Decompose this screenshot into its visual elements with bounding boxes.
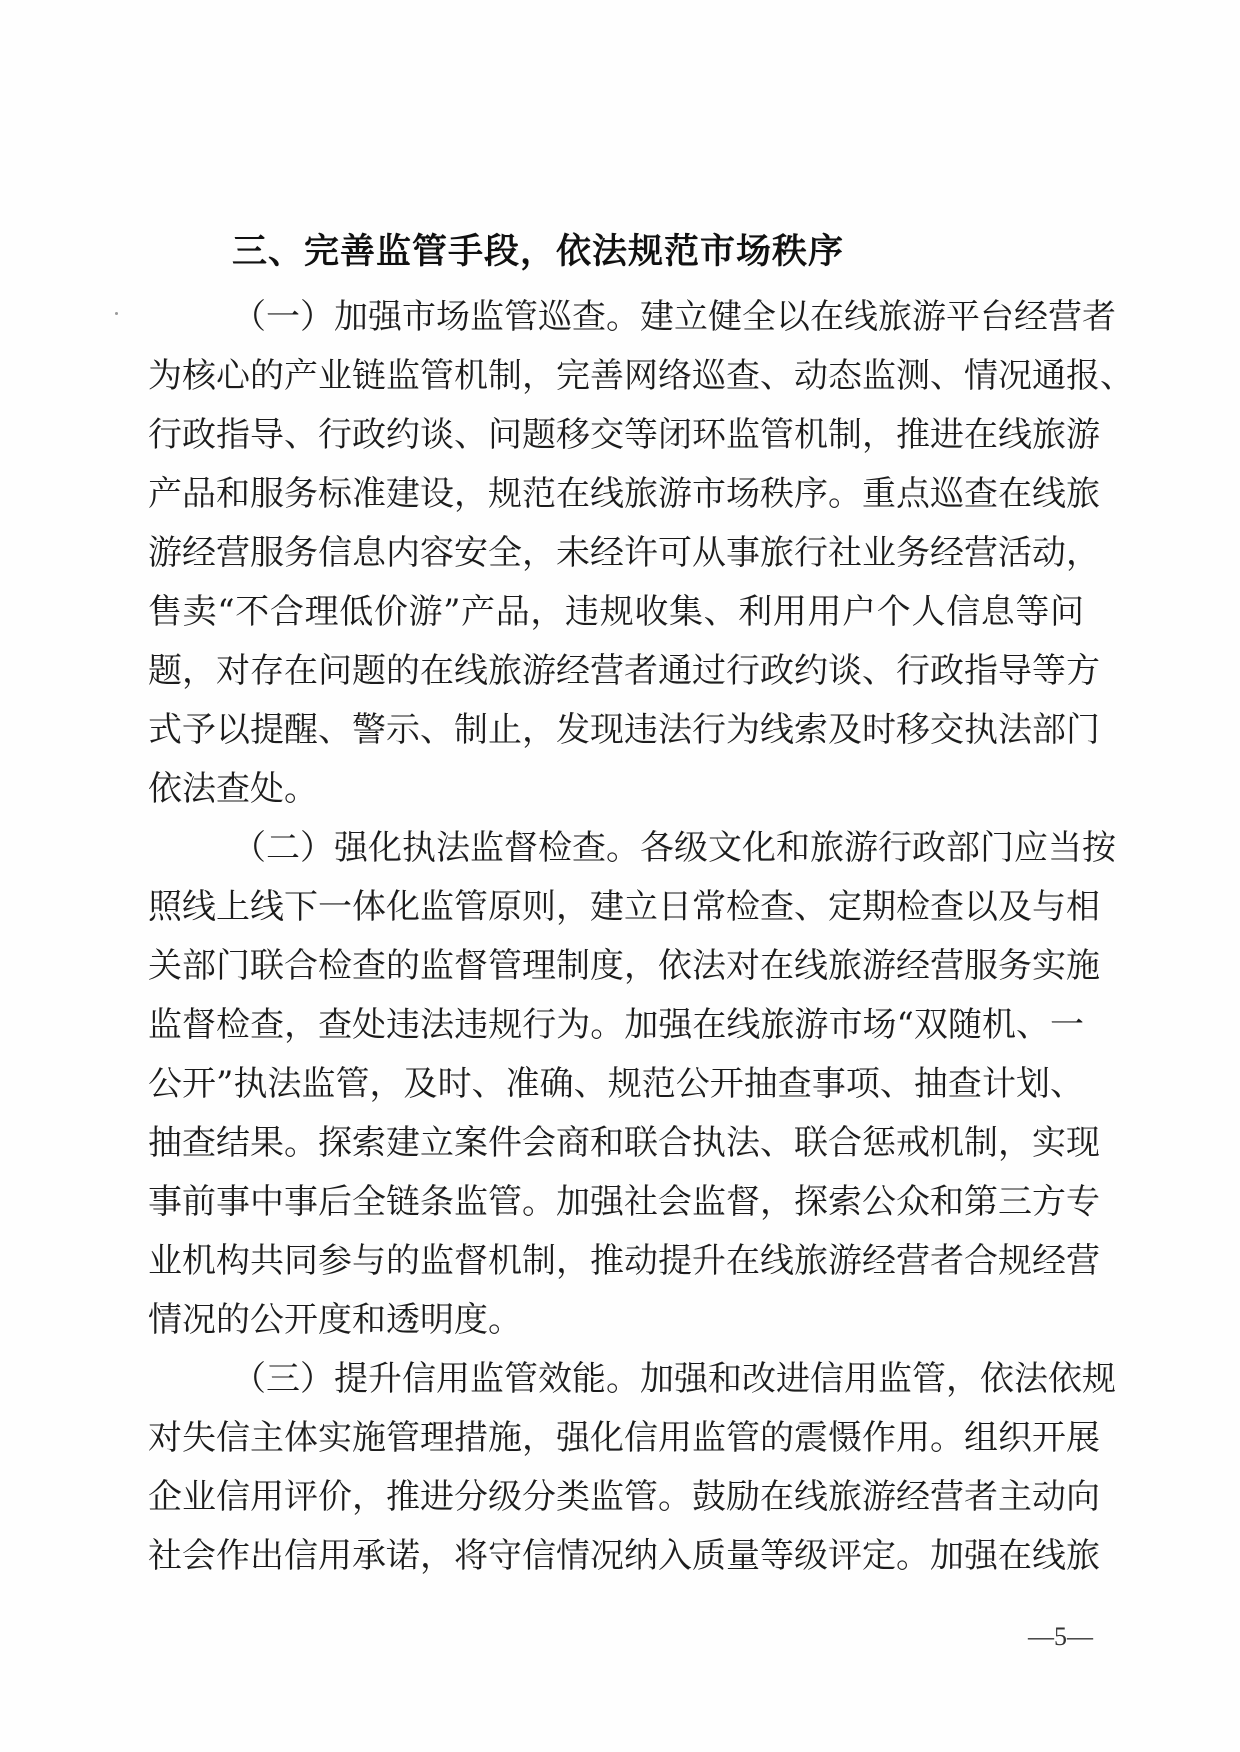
text-line: 情况的公开度和透明度。 — [148, 1291, 1084, 1350]
text-line: （二）强化执法监督检查。各级文化和旅游行政部门应当按 — [148, 819, 1084, 878]
text-line: 业机构共同参与的监督机制，推动提升在线旅游经营者合规经营 — [148, 1232, 1084, 1291]
text-line: 社会作出信用承诺，将守信情况纳入质量等级评定。加强在线旅 — [148, 1527, 1084, 1586]
text-line: （三）提升信用监管效能。加强和改进信用监管，依法依规 — [148, 1350, 1084, 1409]
text-line: 公开”执法监管，及时、准确、规范公开抽查事项、抽查计划、 — [148, 1055, 1084, 1114]
text-line: 照线上线下一体化监管原则，建立日常检查、定期检查以及与相 — [148, 878, 1084, 937]
text-line: 依法查处。 — [148, 760, 1084, 819]
text-line: 监督检查，查处违法违规行为。加强在线旅游市场“双随机、一 — [148, 996, 1084, 1055]
text-line: 为核心的产业链监管机制，完善网络巡查、动态监测、情况通报、 — [148, 347, 1084, 406]
body-text: （一）加强市场监管巡查。建立健全以在线旅游平台经营者 为核心的产业链监管机制，完… — [148, 288, 1084, 1586]
text-line: 抽查结果。探索建立案件会商和联合执法、联合惩戒机制，实现 — [148, 1114, 1084, 1173]
text-line: 对失信主体实施管理措施，强化信用监管的震慑作用。组织开展 — [148, 1409, 1084, 1468]
text-line: 式予以提醒、警示、制止，发现违法行为线索及时移交执法部门 — [148, 701, 1084, 760]
text-line: 产品和服务标准建设，规范在线旅游市场秩序。重点巡查在线旅 — [148, 465, 1084, 524]
text-line: （一）加强市场监管巡查。建立健全以在线旅游平台经营者 — [148, 288, 1084, 347]
scan-artifact-dot — [115, 312, 118, 315]
text-line: 行政指导、行政约谈、问题移交等闭环监管机制，推进在线旅游 — [148, 406, 1084, 465]
text-line: 事前事中事后全链条监管。加强社会监督，探索公众和第三方专 — [148, 1173, 1084, 1232]
text-line: 题，对存在问题的在线旅游经营者通过行政约谈、行政指导等方 — [148, 642, 1084, 701]
text-line: 售卖“不合理低价游”产品，违规收集、利用用户个人信息等问 — [148, 583, 1084, 642]
section-heading: 三、完善监管手段，依法规范市场秩序 — [232, 230, 844, 274]
text-line: 关部门联合检查的监督管理制度，依法对在线旅游经营服务实施 — [148, 937, 1084, 996]
text-line: 游经营服务信息内容安全，未经许可从事旅行社业务经营活动， — [148, 524, 1084, 583]
document-page: 三、完善监管手段，依法规范市场秩序 （一）加强市场监管巡查。建立健全以在线旅游平… — [0, 0, 1240, 1752]
text-line: 企业信用评价，推进分级分类监管。鼓励在线旅游经营者主动向 — [148, 1468, 1084, 1527]
page-number: —5— — [1028, 1622, 1093, 1652]
